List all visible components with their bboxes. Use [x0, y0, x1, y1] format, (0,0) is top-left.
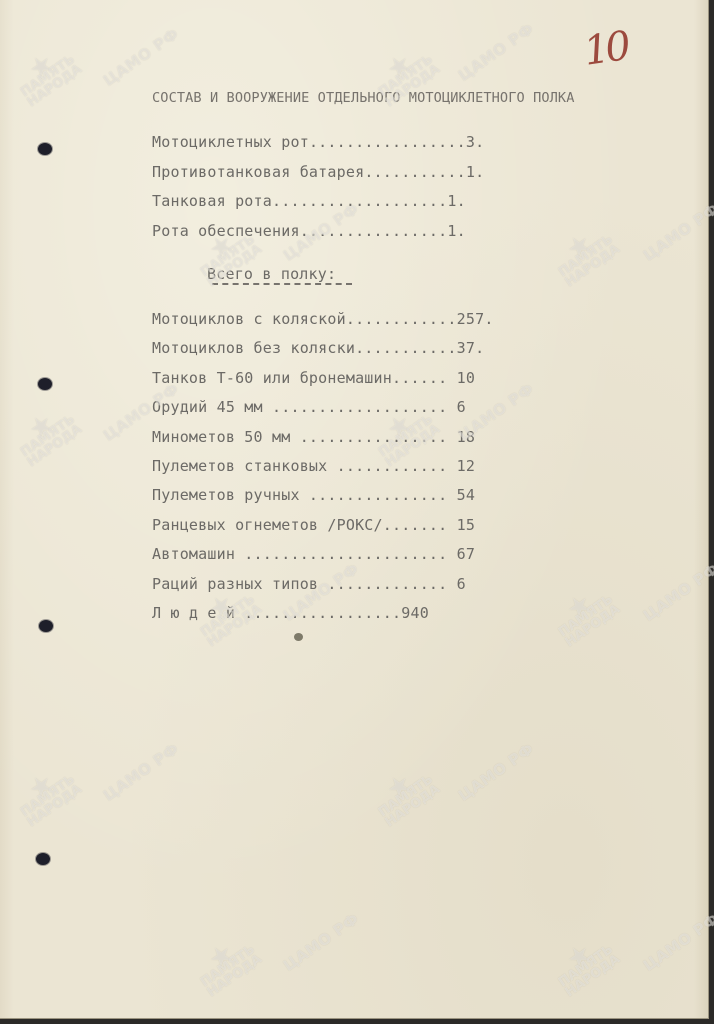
- item-label: Противотанковая батарея: [152, 163, 364, 181]
- item-label: Танковая рота: [152, 192, 272, 210]
- list-item: Пулеметов станковых ............ 12: [152, 457, 475, 475]
- watermark-line: ПАМЯТЬ: [557, 944, 616, 990]
- dot-leader: .................: [309, 133, 466, 151]
- dot-leader: ............: [327, 457, 456, 475]
- watermark-project: ★ПАМЯТЬНАРОДА: [550, 224, 622, 290]
- watermark-line: ПАМЯТЬ: [19, 54, 78, 100]
- item-label: Мотоциклов с коляской: [152, 310, 346, 328]
- dot-leader: ................: [300, 222, 448, 240]
- dot-leader: .................: [235, 604, 401, 622]
- item-label: Ранцевых огнеметов /РОКС/: [152, 516, 383, 534]
- star-icon: ★: [12, 44, 71, 90]
- dot-leader: ......................: [235, 545, 457, 563]
- item-label: Танков Т-60 или бронемашин: [152, 369, 392, 387]
- binder-hole: [38, 378, 52, 390]
- star-icon: ★: [12, 764, 71, 810]
- watermark-line: ПАМЯТЬ: [19, 774, 78, 820]
- item-label: Мотоциклов без коляски: [152, 339, 355, 357]
- watermark-line: ПАМЯТЬ: [557, 594, 616, 640]
- watermark-archive: ЦАМО РФ: [640, 910, 714, 975]
- watermark-archive: ЦАМО РФ: [640, 200, 714, 265]
- watermark-line: НАРОДА: [26, 423, 85, 469]
- dot-leader: ...........: [364, 163, 466, 181]
- watermark-line: ПАМЯТЬ: [19, 414, 78, 460]
- watermark-project: ★ПАМЯТЬНАРОДА: [370, 764, 442, 830]
- watermark-archive: ЦАМО РФ: [100, 25, 182, 90]
- totals-heading: Всего в полку:: [207, 265, 336, 283]
- list-item: Ранцевых огнеметов /РОКС/....... 15: [152, 516, 475, 534]
- list-item: Танков Т-60 или бронемашин...... 10: [152, 369, 475, 387]
- star-icon: ★: [192, 934, 251, 980]
- binder-hole: [36, 853, 50, 865]
- list-item: Раций разных типов ............. 6: [152, 575, 466, 593]
- item-value: 3.: [466, 133, 484, 151]
- list-item: Противотанковая батарея...........1.: [152, 163, 484, 181]
- star-icon: ★: [550, 224, 609, 270]
- dot-leader: ...................: [272, 192, 447, 210]
- list-item: Танковая рота...................1.: [152, 192, 466, 210]
- document-page: 10 СОСТАВ И ВООРУЖЕНИЕ ОТДЕЛЬНОГО МОТОЦИ…: [0, 0, 709, 1019]
- dot-leader: ...............: [300, 486, 457, 504]
- dot-leader: ............: [346, 310, 457, 328]
- item-value: 15: [457, 516, 475, 534]
- watermark-project: ★ПАМЯТЬНАРОДА: [12, 404, 84, 470]
- list-item: Орудий 45 мм ................... 6: [152, 398, 466, 416]
- item-value: 940: [401, 604, 429, 622]
- watermark-project: ★ПАМЯТЬНАРОДА: [192, 934, 264, 1000]
- watermark-archive: ЦАМО РФ: [100, 740, 182, 805]
- dot-leader: ......: [392, 369, 457, 387]
- list-item: Автомашин ...................... 67: [152, 545, 475, 563]
- watermark-line: ПАМЯТЬ: [199, 944, 258, 990]
- dot-leader: ...........: [355, 339, 457, 357]
- watermark-line: ПАМЯТЬ: [557, 234, 616, 280]
- watermark-project: ★ПАМЯТЬНАРОДА: [550, 934, 622, 1000]
- watermark-line: НАРОДА: [564, 953, 623, 999]
- item-label: Мотоциклетных рот: [152, 133, 309, 151]
- item-value: 6: [457, 575, 466, 593]
- item-value: 54: [457, 486, 475, 504]
- list-item: Пулеметов ручных ............... 54: [152, 486, 475, 504]
- item-value: 1.: [447, 192, 465, 210]
- watermark-archive: ЦАМО РФ: [455, 20, 537, 85]
- handwritten-page-number: 10: [581, 23, 630, 75]
- item-label: Л ю д е й: [152, 604, 235, 622]
- dot-leader: .......: [383, 516, 457, 534]
- watermark-line: ПАМЯТЬ: [377, 774, 436, 820]
- watermark-archive: ЦАМО РФ: [640, 560, 714, 625]
- list-item: Мотоциклетных рот.................3.: [152, 133, 484, 151]
- item-label: Автомашин: [152, 545, 235, 563]
- item-value: 1.: [466, 163, 484, 181]
- item-label: Пулеметов ручных: [152, 486, 300, 504]
- document-title: СОСТАВ И ВООРУЖЕНИЕ ОТДЕЛЬНОГО МОТОЦИКЛЕ…: [152, 90, 575, 106]
- ink-smudge: [294, 633, 303, 641]
- dot-leader: ...................: [263, 398, 457, 416]
- list-item: Мотоциклов с коляской............257.: [152, 310, 494, 328]
- item-value: 18: [457, 428, 475, 446]
- item-value: 1.: [447, 222, 465, 240]
- star-icon: ★: [12, 404, 71, 450]
- watermark-line: НАРОДА: [26, 783, 85, 829]
- binder-hole: [38, 143, 52, 155]
- item-label: Минометов 50 мм: [152, 428, 290, 446]
- watermark-project: ★ПАМЯТЬНАРОДА: [550, 584, 622, 650]
- item-value: 67: [457, 545, 475, 563]
- watermark-line: НАРОДА: [206, 953, 265, 999]
- watermark-archive: ЦАМО РФ: [280, 910, 362, 975]
- item-value: 10: [457, 369, 475, 387]
- dot-leader: .............: [318, 575, 456, 593]
- star-icon: ★: [550, 934, 609, 980]
- watermark-project: ★ПАМЯТЬНАРОДА: [12, 44, 84, 110]
- list-item: Л ю д е й .................940: [152, 604, 429, 622]
- item-value: 37.: [457, 339, 485, 357]
- watermark-line: НАРОДА: [564, 243, 623, 289]
- watermark-archive: ЦАМО РФ: [455, 740, 537, 805]
- list-item: Мотоциклов без коляски...........37.: [152, 339, 484, 357]
- totals-heading-underline: [212, 283, 352, 285]
- item-value: 6: [457, 398, 466, 416]
- watermark-line: НАРОДА: [384, 783, 443, 829]
- star-icon: ★: [370, 764, 429, 810]
- item-label: Рота обеспечения: [152, 222, 300, 240]
- list-item: Минометов 50 мм ................ 18: [152, 428, 475, 446]
- item-value: 12: [457, 457, 475, 475]
- item-label: Раций разных типов: [152, 575, 318, 593]
- item-value: 257.: [457, 310, 494, 328]
- item-label: Пулеметов станковых: [152, 457, 327, 475]
- watermark-line: НАРОДА: [564, 603, 623, 649]
- list-item: Рота обеспечения................1.: [152, 222, 466, 240]
- watermark-line: НАРОДА: [26, 63, 85, 109]
- item-label: Орудий 45 мм: [152, 398, 263, 416]
- star-icon: ★: [370, 44, 429, 90]
- binder-hole: [39, 620, 53, 632]
- watermark-project: ★ПАМЯТЬНАРОДА: [12, 764, 84, 830]
- dot-leader: ................: [290, 428, 456, 446]
- star-icon: ★: [550, 584, 609, 630]
